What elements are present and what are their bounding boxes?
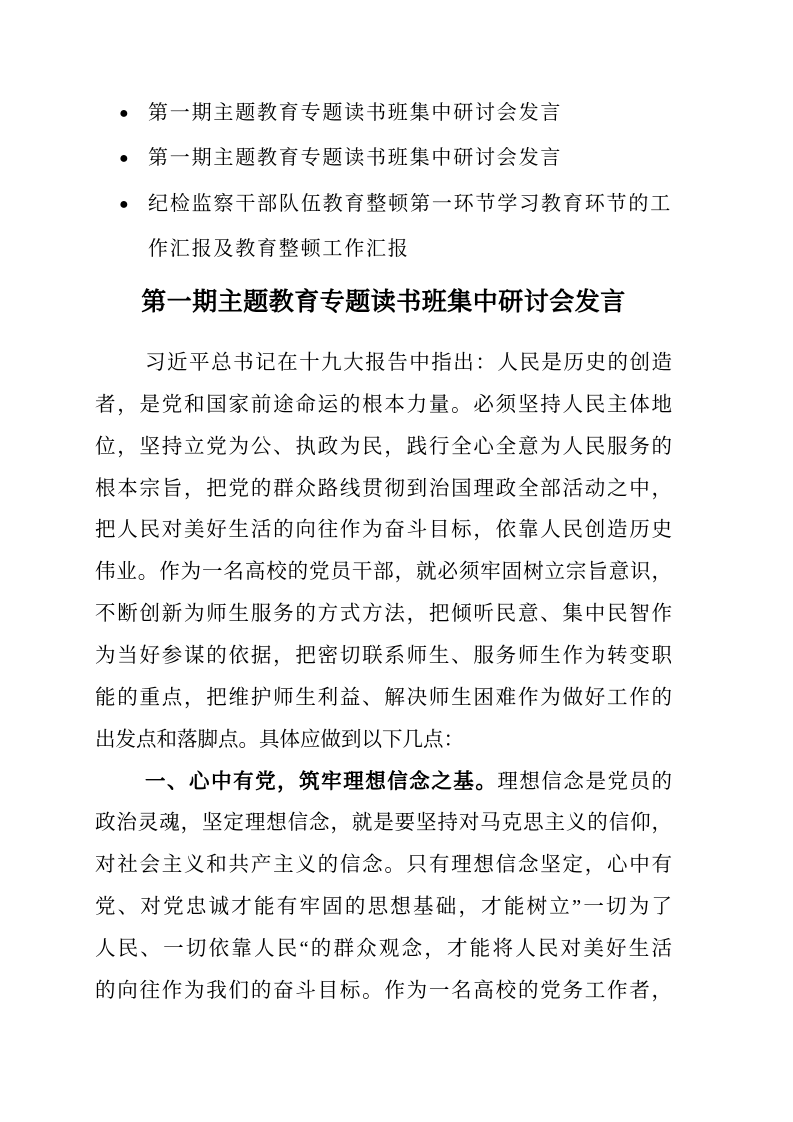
- text-line: 者，是党和国家前途命运的根本力量。必须坚持人民主体地: [95, 385, 672, 427]
- document-page: ● 第一期主题教育专题读书班集中研讨会发言 ● 第一期主题教育专题读书班集中研讨…: [0, 0, 793, 1122]
- text-line: 能的重点，把维护师生利益、解决师生困难作为做好工作的: [95, 678, 672, 720]
- document-title: 第一期主题教育专题读书班集中研讨会发言: [95, 285, 672, 321]
- bullet-list: ● 第一期主题教育专题读书班集中研讨会发言 ● 第一期主题教育专题读书班集中研讨…: [119, 91, 672, 272]
- text-line: 位，坚持立党为公、执政为民，践行全心全意为人民服务的: [95, 427, 672, 469]
- text-line: 不断创新为师生服务的方式方法，把倾听民意、集中民智作: [95, 594, 672, 636]
- bullet-icon: ●: [119, 91, 148, 136]
- bullet-item: ● 纪检监察干部队伍教育整顿第一环节学习教育环节的工: [119, 182, 672, 227]
- paragraph-2: 一、心中有党，筑牢理想信念之基。理想信念是党员的 政治灵魂，坚定理想信念，就是要…: [95, 762, 672, 1013]
- text-line: 为当好参谋的依据，把密切联系师生、服务师生作为转变职: [95, 636, 672, 678]
- section-heading-rest: 理想信念是党员的: [497, 771, 672, 793]
- text-line: 政治灵魂，坚定理想信念，就是要坚持对马克思主义的信仰，: [95, 803, 672, 845]
- bullet-item-text: 第一期主题教育专题读书班集中研讨会发言: [148, 136, 672, 181]
- text-line: 对社会主义和共产主义的信念。只有理想信念坚定，心中有: [95, 845, 672, 887]
- paragraph-1: 习近平总书记在十九大报告中指出：人民是历史的创造 者，是党和国家前途命运的根本力…: [95, 343, 672, 762]
- bullet-item: ● 第一期主题教育专题读书班集中研讨会发言: [119, 91, 672, 136]
- section-heading-bold: 一、心中有党，筑牢理想信念之基。: [145, 771, 497, 793]
- text-line: 习近平总书记在十九大报告中指出：人民是历史的创造: [95, 343, 672, 385]
- text-line: 根本宗旨，把党的群众路线贯彻到治国理政全部活动之中，: [95, 469, 672, 511]
- bullet-item-text: 第一期主题教育专题读书班集中研讨会发言: [148, 91, 672, 136]
- document-body: 习近平总书记在十九大报告中指出：人民是历史的创造 者，是党和国家前途命运的根本力…: [95, 343, 672, 1013]
- bullet-item-text: 作汇报及教育整顿工作汇报: [148, 227, 672, 272]
- text-line: 的向往作为我们的奋斗目标。作为一名高校的党务工作者，: [95, 971, 672, 1013]
- text-line: 出发点和落脚点。具体应做到以下几点：: [95, 720, 672, 762]
- text-line: 把人民对美好生活的向往作为奋斗目标，依靠人民创造历史: [95, 510, 672, 552]
- bullet-icon: ●: [119, 136, 148, 181]
- bullet-item-text: 纪检监察干部队伍教育整顿第一环节学习教育环节的工: [148, 182, 672, 227]
- text-line: 党、对党忠诚才能有牢固的思想基础，才能树立”一切为了: [95, 887, 672, 929]
- bullet-icon: ●: [119, 182, 148, 227]
- bullet-item: ● 第一期主题教育专题读书班集中研讨会发言: [119, 136, 672, 181]
- text-line: 伟业。作为一名高校的党员干部，就必须牢固树立宗旨意识，: [95, 552, 672, 594]
- text-line: 一、心中有党，筑牢理想信念之基。理想信念是党员的: [95, 762, 672, 804]
- text-line: 人民、一切依靠人民“的群众观念，才能将人民对美好生活: [95, 929, 672, 971]
- bullet-item-continuation: ● 作汇报及教育整顿工作汇报: [119, 227, 672, 272]
